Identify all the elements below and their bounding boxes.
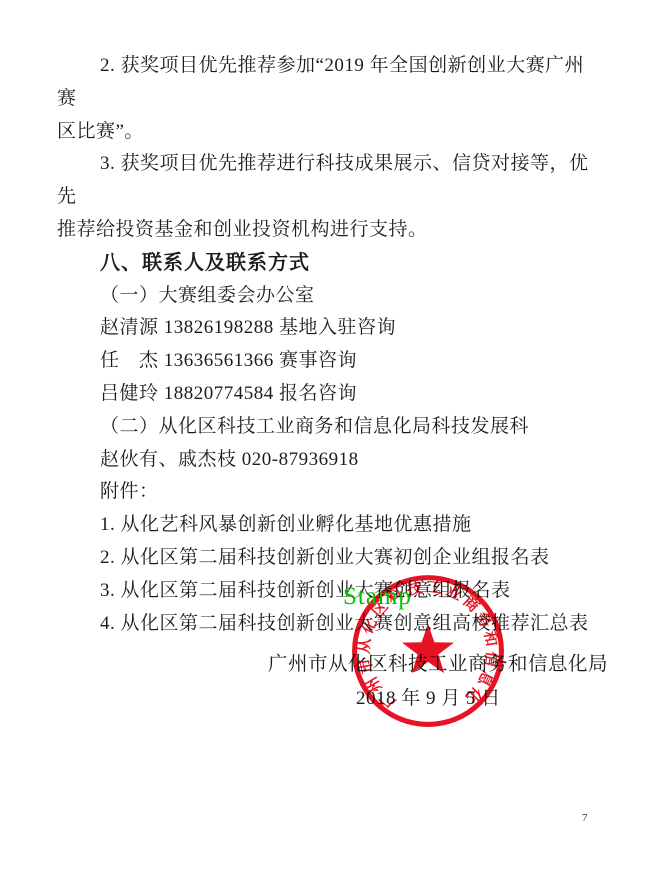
body-line: 1. 从化艺科风暴创新创业孵化基地优惠措施 xyxy=(57,509,602,542)
body-line: 2. 从化区第二届科技创新创业大赛初创企业组报名表 xyxy=(57,542,602,575)
body-line: 任 杰 13636561366 赛事咨询 xyxy=(57,345,602,378)
seal-star-icon xyxy=(402,624,454,673)
page-number: 7 xyxy=(582,812,588,824)
body-line: （二）从化区科技工业商务和信息化局科技发展科 xyxy=(57,411,602,444)
body-line: 2. 获奖项目优先推荐参加“2019 年全国创新创业大赛广州赛 xyxy=(57,50,602,116)
body-line: 区比赛”。 xyxy=(57,116,602,149)
body-line: （一）大赛组委会办公室 xyxy=(57,280,602,313)
stamp-placeholder-label: Stamp xyxy=(343,583,412,611)
body-line: 吕健玲 18820774584 报名咨询 xyxy=(57,378,602,411)
document-page: 2. 获奖项目优先推荐参加“2019 年全国创新创业大赛广州赛区比赛”。3. 获… xyxy=(0,0,654,877)
body-line: 附件： xyxy=(57,476,602,509)
body-line: 3. 从化区第二届科技创新创业大赛创意组报名表 xyxy=(57,575,602,608)
body-line: 3. 获奖项目优先推荐进行科技成果展示、信贷对接等，优先 xyxy=(57,148,602,214)
body-line: 4. 从化区第二届科技创新创业大赛创意组高校推荐汇总表 xyxy=(57,608,602,641)
body-line: 赵伙有、戚杰枝 020-87936918 xyxy=(57,444,602,477)
section-heading: 八、联系人及联系方式 xyxy=(57,247,602,280)
document-body: 2. 获奖项目优先推荐参加“2019 年全国创新创业大赛广州赛区比赛”。3. 获… xyxy=(57,50,602,640)
body-line: 推荐给投资基金和创业投资机构进行支持。 xyxy=(57,214,602,247)
body-line: 赵清源 13826198288 基地入驻咨询 xyxy=(57,312,602,345)
